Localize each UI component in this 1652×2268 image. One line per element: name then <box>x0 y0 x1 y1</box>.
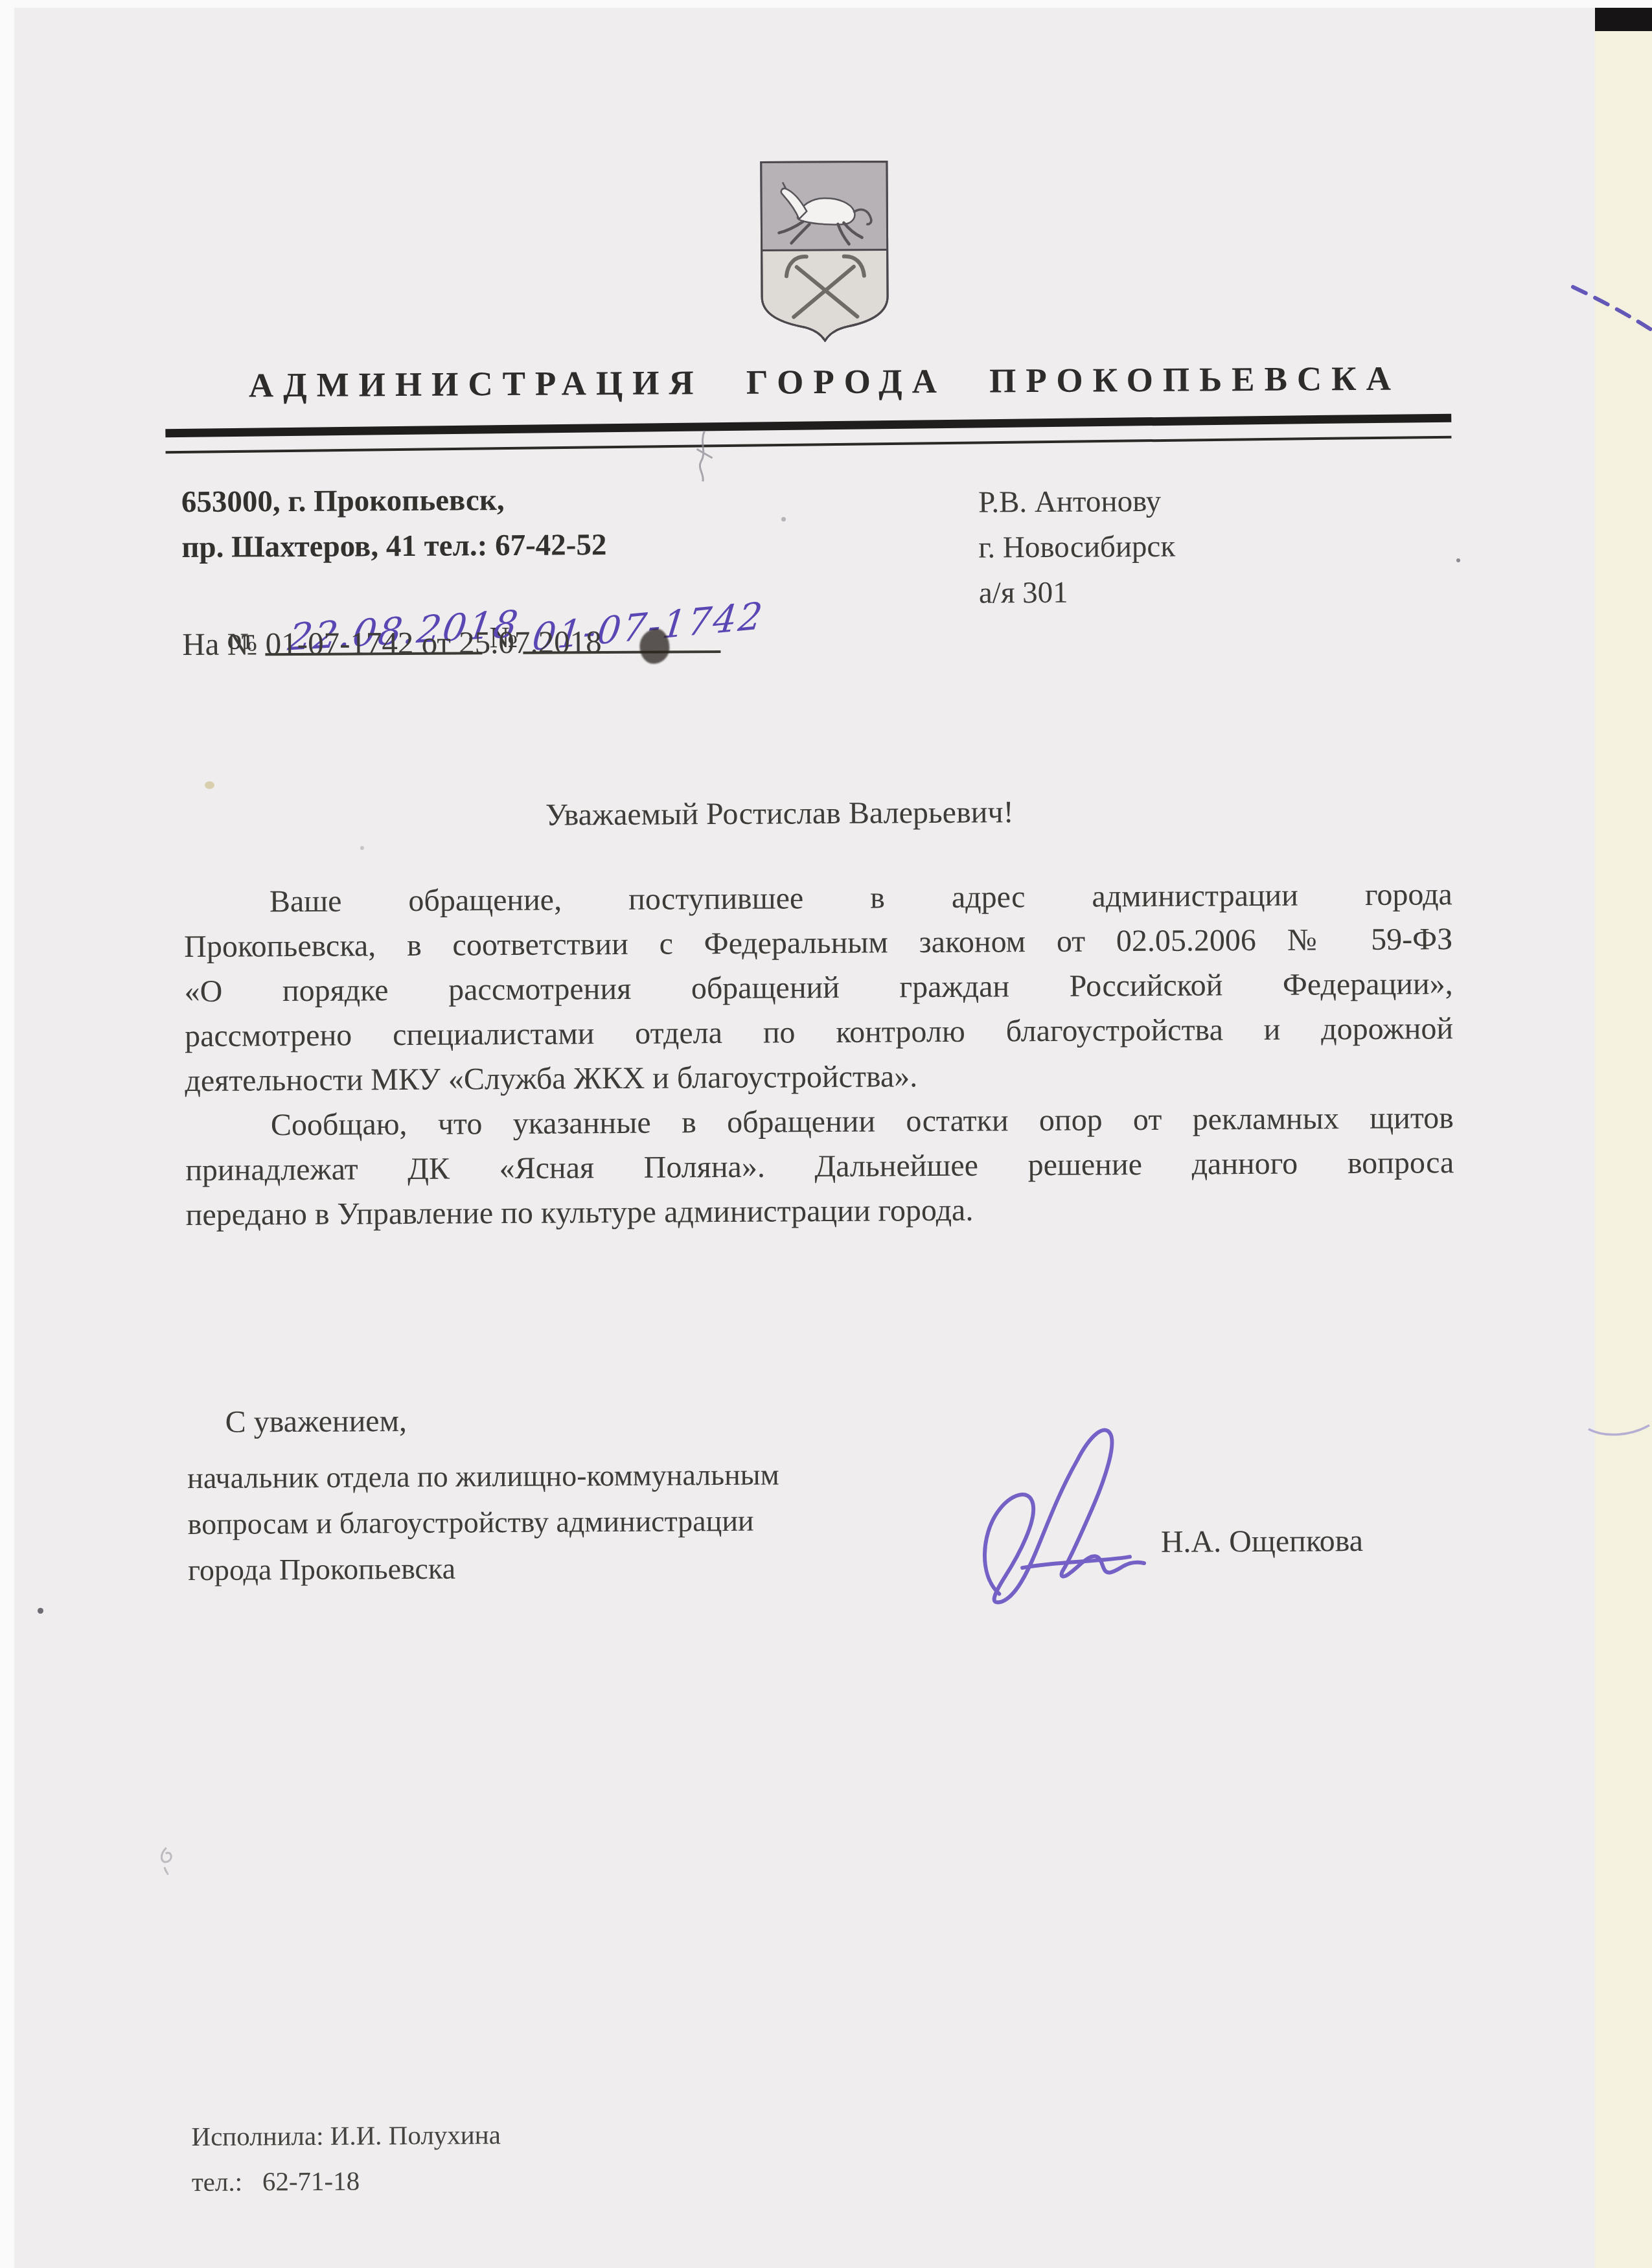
signer-title-line: начальник отдела по жилищно-коммунальным <box>187 1451 779 1501</box>
organization-name: АДМИНИСТРАЦИЯ ГОРОДА ПРОКОПЬЕВСКА <box>157 359 1492 406</box>
sender-address-line2: пр. Шахтеров, 41 тел.: 67-42-52 <box>181 527 606 565</box>
letter-content: АДМИНИСТРАЦИЯ ГОРОДА ПРОКОПЬЕВСКА 653000… <box>0 0 1652 2268</box>
header-rule-thin <box>166 436 1452 454</box>
body-line: принадлежат ДК «Ясная Поляна». Дальнейше… <box>185 1140 1454 1193</box>
body-paragraph-1: Ваше обращение, поступившее в адрес адми… <box>184 872 1454 1103</box>
recipient-city: г. Новосибирск <box>978 524 1175 571</box>
recipient-name: Р.В. Антонову <box>978 479 1175 525</box>
body-line: рассмотрено специалистами отдела по конт… <box>185 1006 1453 1059</box>
body-line: Прокопьевска, в соответствии с Федеральн… <box>184 917 1452 969</box>
paper-speck <box>1456 558 1460 562</box>
signer-name: Н.А. Ощепкова <box>1161 1523 1364 1560</box>
body-line: передано в Управление по культуре админи… <box>186 1185 1454 1237</box>
paper-speck <box>205 781 214 789</box>
handwritten-signature-icon <box>959 1397 1187 1616</box>
executor-line: Исполнила: И.И. Полухина <box>191 2119 501 2152</box>
paper-speck <box>781 517 786 521</box>
body-line: Сообщаю, что указанные в обращении остат… <box>185 1095 1454 1148</box>
header-rule-thick <box>165 414 1451 438</box>
recipient-po-box: а/я 301 <box>979 569 1176 616</box>
paper-speck <box>360 846 364 850</box>
pencil-squiggle-icon <box>694 428 717 484</box>
body-line: Ваше обращение, поступившее в адрес адми… <box>184 872 1452 924</box>
paper-speck <box>38 1608 43 1614</box>
body-line: «О порядке рассмотрения обращений гражда… <box>184 961 1452 1014</box>
body-paragraph-2: Сообщаю, что указанные в обращении остат… <box>185 1095 1454 1237</box>
scanned-letter-page: АДМИНИСТРАЦИЯ ГОРОДА ПРОКОПЬЕВСКА 653000… <box>0 0 1652 2268</box>
ink-blot <box>639 628 669 663</box>
closing-phrase: С уважением, <box>225 1403 407 1440</box>
executor-phone: тел.: 62-71-18 <box>192 2165 360 2197</box>
signer-title-line: вопросам и благоустройству администрации <box>187 1497 779 1547</box>
signer-title: начальник отдела по жилищно-коммунальным… <box>187 1451 780 1593</box>
pencil-mark-icon <box>152 1844 181 1879</box>
reference-line: На № 01-07-1742 от 25.07.2018 <box>182 623 602 663</box>
body-line: деятельности МКУ «Служба ЖКХ и благоустр… <box>185 1051 1453 1103</box>
sender-address-line1: 653000, г. Прокопьевск, <box>181 483 505 520</box>
recipient-block: Р.В. Антонову г. Новосибирск а/я 301 <box>978 479 1176 616</box>
signer-title-line: города Прокопьевска <box>188 1543 780 1593</box>
coat-of-arms-icon <box>757 159 893 342</box>
salutation: Уважаемый Ростислав Валерьевич! <box>545 794 1014 832</box>
